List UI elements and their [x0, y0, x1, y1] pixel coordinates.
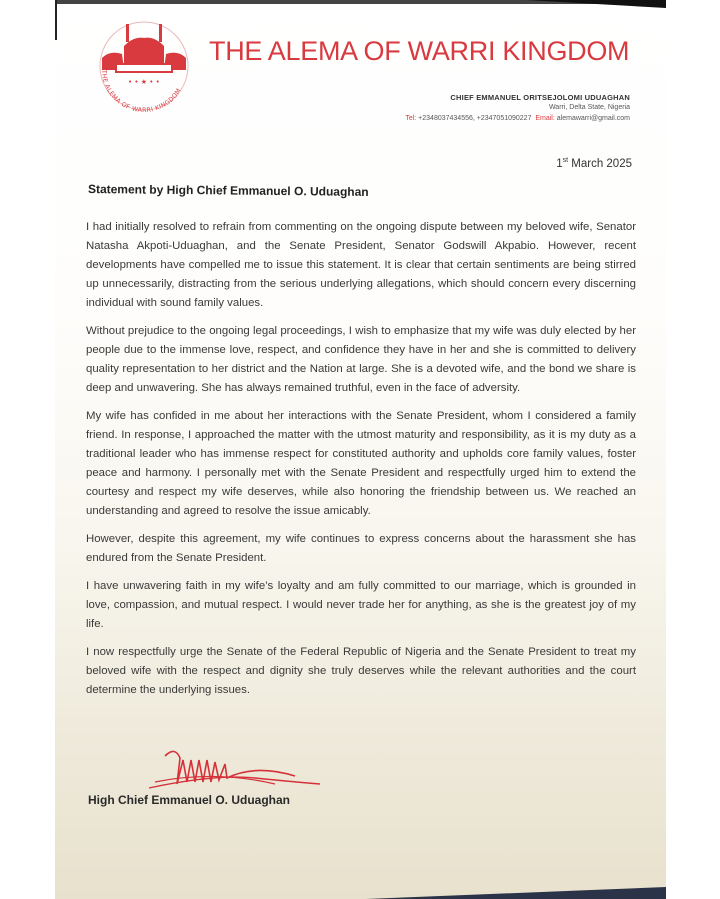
email-label: Email:: [535, 115, 554, 122]
letter-date: 1st March 2025: [556, 157, 632, 170]
tel-label: Tel:: [405, 115, 416, 122]
paragraph: Without prejudice to the ongoing legal p…: [86, 322, 636, 398]
photo-left-edge: [55, 0, 57, 40]
date-month-year: March 2025: [568, 158, 632, 170]
tel-numbers: +2348037434556, +2347051090227: [418, 115, 531, 122]
svg-text:THE ALEMA OF WARRI KINGDOM: THE ALEMA OF WARRI KINGDOM: [100, 69, 183, 114]
statement-heading: Statement by High Chief Emmanuel O. Udua…: [88, 182, 369, 199]
paragraph: I have unwavering faith in my wife’s loy…: [86, 577, 636, 634]
paragraph: My wife has confided in me about her int…: [86, 407, 636, 521]
letter-body: I had initially resolved to refrain from…: [86, 218, 636, 709]
signature-icon: [135, 744, 325, 794]
contact-line: Tel: +2348037434556, +2347051090227 Emai…: [405, 115, 630, 122]
kingdom-crest-logo-icon: • • ★ • • THE ALEMA OF WARRI KINGDOM: [88, 18, 200, 124]
organization-title: THE ALEMA OF WARRI KINGDOM: [209, 36, 629, 67]
paragraph: However, despite this agreement, my wife…: [86, 530, 636, 568]
email-address: alemawarri@gmail.com: [557, 115, 630, 122]
signatory-name: High Chief Emmanuel O. Uduaghan: [88, 793, 290, 807]
svg-text:• • ★ • •: • • ★ • •: [128, 78, 160, 86]
paragraph: I now respectfully urge the Senate of th…: [86, 643, 636, 700]
letter-photo: • • ★ • • THE ALEMA OF WARRI KINGDOM THE…: [55, 0, 666, 899]
chief-name: CHIEF EMMANUEL ORITSEJOLOMI UDUAGHAN: [450, 93, 630, 102]
paragraph: I had initially resolved to refrain from…: [86, 218, 636, 313]
letter-page: • • ★ • • THE ALEMA OF WARRI KINGDOM THE…: [55, 4, 666, 899]
address: Warri, Delta State, Nigeria: [549, 104, 630, 111]
